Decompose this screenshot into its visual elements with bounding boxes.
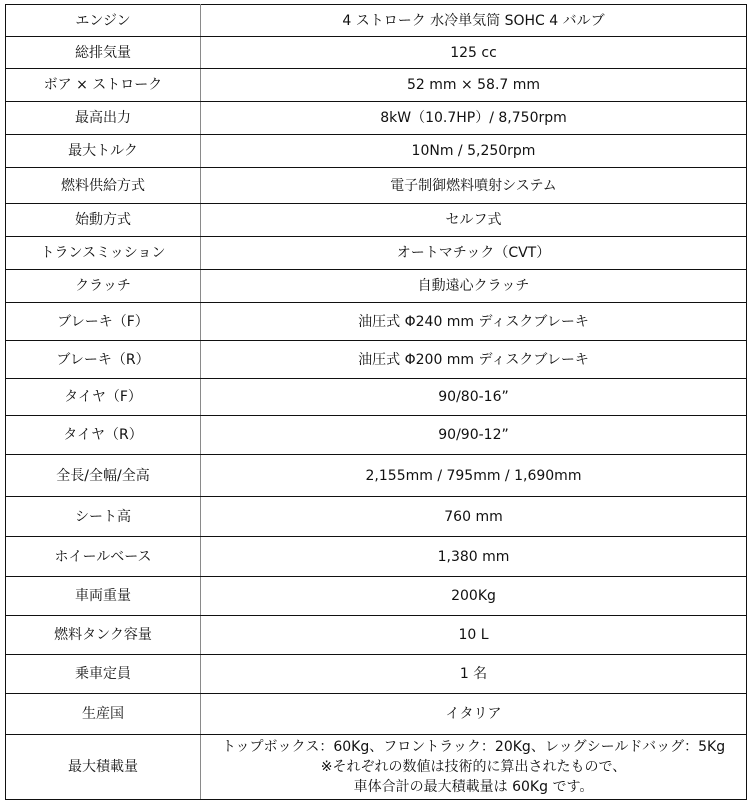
spec-label: 総排気量	[6, 37, 201, 69]
spec-label: クラッチ	[6, 270, 201, 303]
spec-label: タイヤ（F）	[6, 379, 201, 416]
spec-value: 2,155mm / 795mm / 1,690mm	[201, 455, 747, 497]
spec-label: 全長/全幅/全高	[6, 455, 201, 497]
spec-row: タイヤ（F） 90/80-16”	[6, 379, 747, 416]
spec-row: 乗車定員 1 名	[6, 655, 747, 694]
spec-label: 最大トルク	[6, 135, 201, 168]
spec-row: 総排気量 125 cc	[6, 37, 747, 69]
spec-value: オートマチック（CVT）	[201, 237, 747, 270]
spec-value-line: ※それぞれの数値は技術的に算出されたもので、	[205, 757, 742, 777]
spec-value: セルフ式	[201, 204, 747, 237]
spec-value: 電子制御燃料噴射システム	[201, 168, 747, 204]
spec-value-line: トップボックス：60Kg、フロントラック：20Kg、レッグシールドバッグ：5Kg	[205, 737, 742, 757]
spec-value: 8kW（10.7HP）/ 8,750rpm	[201, 102, 747, 135]
spec-row: ブレーキ（R） 油圧式 Φ200 mm ディスクブレーキ	[6, 341, 747, 379]
spec-label: 最大積載量	[6, 735, 201, 800]
spec-row: 始動方式 セルフ式	[6, 204, 747, 237]
spec-row: 最大トルク 10Nm / 5,250rpm	[6, 135, 747, 168]
spec-label: シート高	[6, 497, 201, 537]
spec-row: 燃料供給方式 電子制御燃料噴射システム	[6, 168, 747, 204]
spec-row: クラッチ 自動遠心クラッチ	[6, 270, 747, 303]
spec-value: 1 名	[201, 655, 747, 694]
spec-label: タイヤ（R）	[6, 416, 201, 455]
spec-row: 全長/全幅/全高 2,155mm / 795mm / 1,690mm	[6, 455, 747, 497]
spec-value-line: 車体合計の最大積載量は 60Kg です。	[205, 777, 742, 797]
spec-label: ブレーキ（F）	[6, 303, 201, 341]
spec-label: トランスミッション	[6, 237, 201, 270]
spec-label: ブレーキ（R）	[6, 341, 201, 379]
spec-row: 最高出力 8kW（10.7HP）/ 8,750rpm	[6, 102, 747, 135]
spec-value: 90/80-16”	[201, 379, 747, 416]
spec-label: ボア × ストローク	[6, 69, 201, 102]
spec-value: 52 mm × 58.7 mm	[201, 69, 747, 102]
spec-table-body: エンジン 4 ストローク 水冷単気筒 SOHC 4 バルブ 総排気量 125 c…	[6, 5, 747, 800]
spec-value: 125 cc	[201, 37, 747, 69]
spec-row: ホイールベース 1,380 mm	[6, 537, 747, 577]
spec-row: 生産国 イタリア	[6, 694, 747, 735]
spec-value: 90/90-12”	[201, 416, 747, 455]
spec-row: シート高 760 mm	[6, 497, 747, 537]
spec-row-max-load: 最大積載量トップボックス：60Kg、フロントラック：20Kg、レッグシールドバッ…	[6, 735, 747, 800]
spec-row: タイヤ（R） 90/90-12”	[6, 416, 747, 455]
spec-label: ホイールベース	[6, 537, 201, 577]
spec-value: 200Kg	[201, 577, 747, 616]
spec-label: エンジン	[6, 5, 201, 37]
spec-label: 車両重量	[6, 577, 201, 616]
spec-label: 燃料タンク容量	[6, 616, 201, 655]
spec-label: 最高出力	[6, 102, 201, 135]
spec-label: 始動方式	[6, 204, 201, 237]
spec-table: エンジン 4 ストローク 水冷単気筒 SOHC 4 バルブ 総排気量 125 c…	[5, 4, 747, 800]
spec-value: 10 L	[201, 616, 747, 655]
spec-value: 油圧式 Φ240 mm ディスクブレーキ	[201, 303, 747, 341]
spec-label: 燃料供給方式	[6, 168, 201, 204]
spec-value: イタリア	[201, 694, 747, 735]
spec-value: 1,380 mm	[201, 537, 747, 577]
spec-row: トランスミッション オートマチック（CVT）	[6, 237, 747, 270]
spec-row: 燃料タンク容量 10 L	[6, 616, 747, 655]
spec-value-multiline: トップボックス：60Kg、フロントラック：20Kg、レッグシールドバッグ：5Kg…	[201, 735, 747, 800]
spec-value: 4 ストローク 水冷単気筒 SOHC 4 バルブ	[201, 5, 747, 37]
spec-label: 生産国	[6, 694, 201, 735]
spec-row: ブレーキ（F） 油圧式 Φ240 mm ディスクブレーキ	[6, 303, 747, 341]
spec-row: 車両重量 200Kg	[6, 577, 747, 616]
spec-value: 760 mm	[201, 497, 747, 537]
spec-row: エンジン 4 ストローク 水冷単気筒 SOHC 4 バルブ	[6, 5, 747, 37]
spec-label: 乗車定員	[6, 655, 201, 694]
spec-value: 10Nm / 5,250rpm	[201, 135, 747, 168]
spec-row: ボア × ストローク 52 mm × 58.7 mm	[6, 69, 747, 102]
spec-value: 自動遠心クラッチ	[201, 270, 747, 303]
spec-value: 油圧式 Φ200 mm ディスクブレーキ	[201, 341, 747, 379]
